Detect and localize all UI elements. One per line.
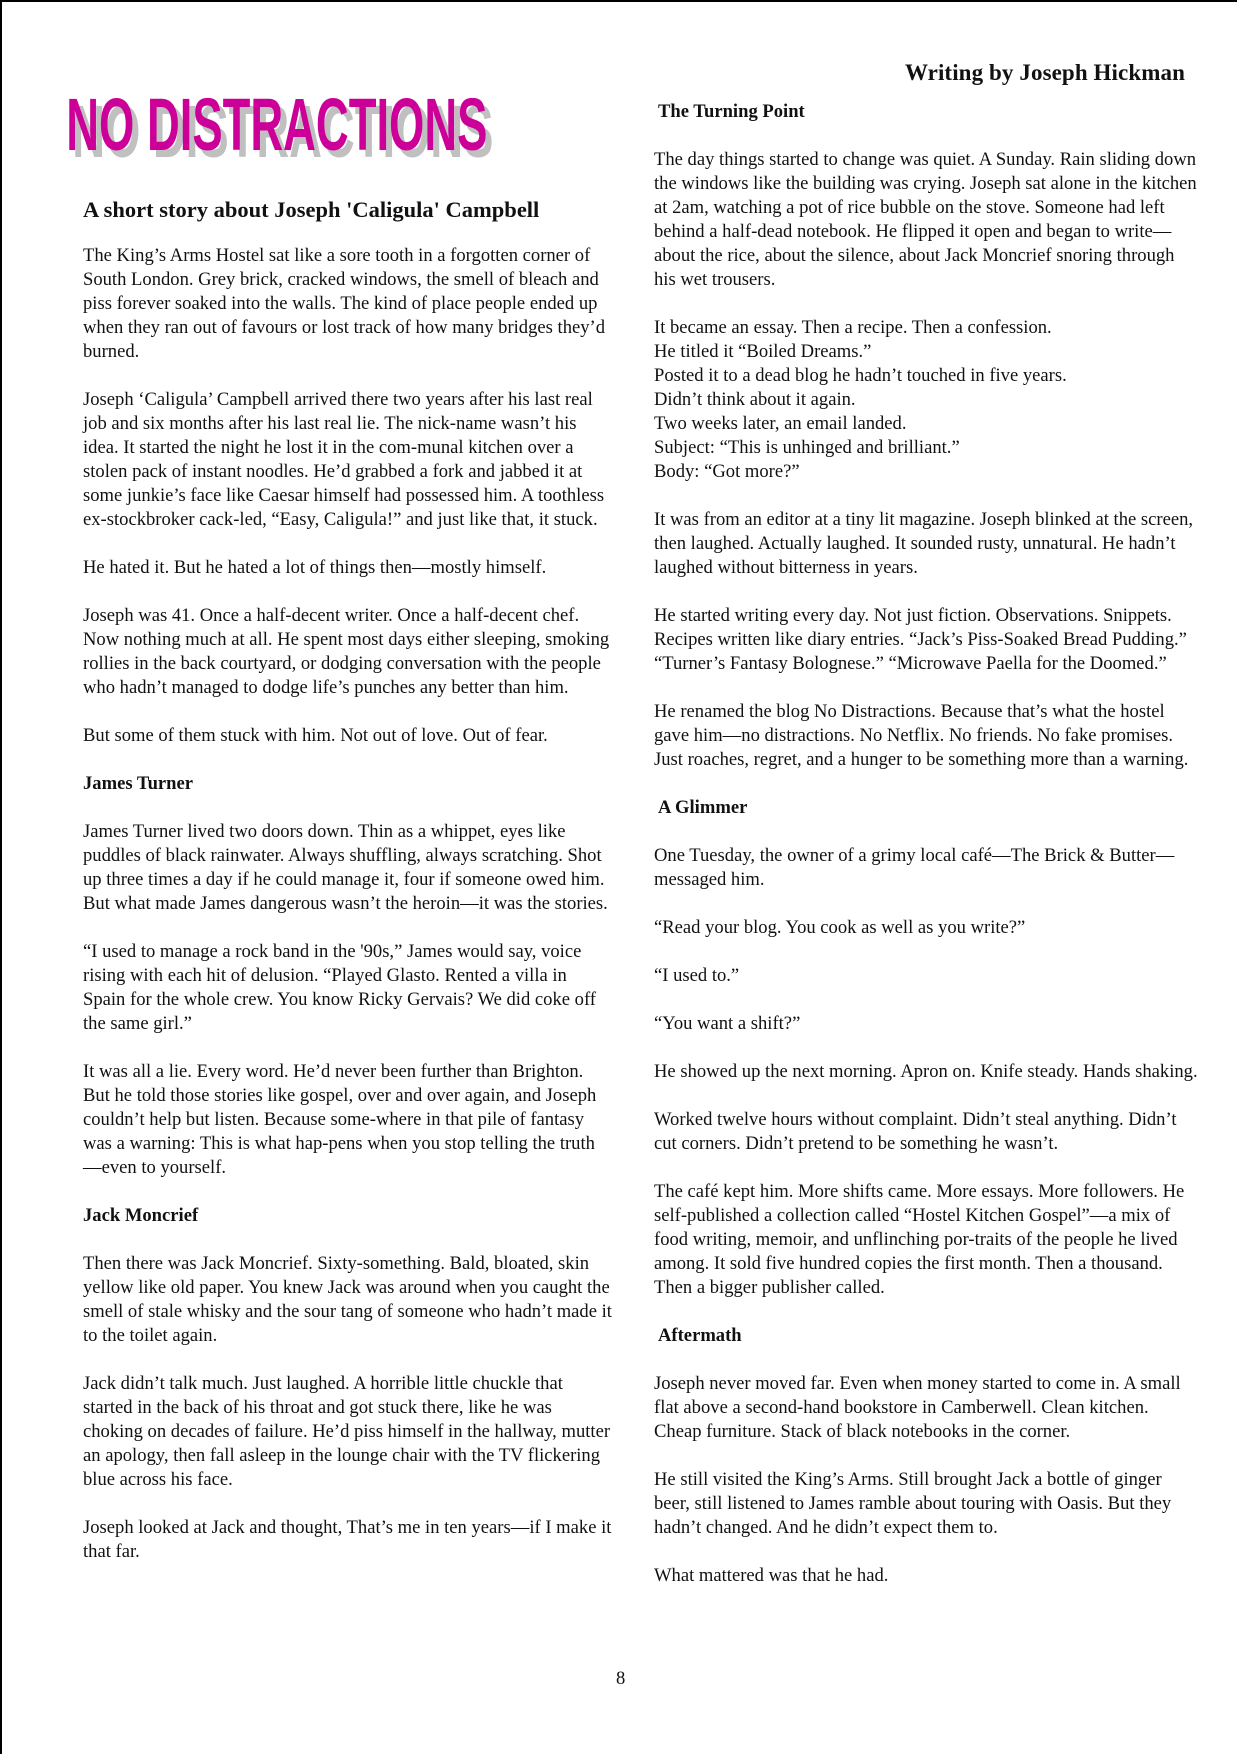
masthead-title: NO DISTRACTIONS NO DISTRACTIONS xyxy=(60,64,630,164)
paragraph: But some of them stuck with him. Not out… xyxy=(83,724,613,748)
section-heading-aftermath: Aftermath xyxy=(654,1324,1199,1348)
line: Two weeks later, an email landed. xyxy=(654,412,1199,436)
paragraph: He still visited the King’s Arms. Still … xyxy=(654,1468,1199,1540)
paragraph: The day things started to change was qui… xyxy=(654,148,1199,292)
paragraph: Jack didn’t talk much. Just laughed. A h… xyxy=(83,1372,613,1492)
paragraph: “You want a shift?” xyxy=(654,1012,1199,1036)
title-text: NO DISTRACTIONS xyxy=(66,84,487,164)
paragraph: He hated it. But he hated a lot of thing… xyxy=(83,556,613,580)
paragraph: Then there was Jack Moncrief. Sixty-some… xyxy=(83,1252,613,1348)
line: It became an essay. Then a recipe. Then … xyxy=(654,316,1199,340)
line: Didn’t think about it again. xyxy=(654,388,1199,412)
paragraph: James Turner lived two doors down. Thin … xyxy=(83,820,613,916)
section-heading-james-turner: James Turner xyxy=(83,772,613,796)
paragraph: The café kept him. More shifts came. Mor… xyxy=(654,1180,1199,1300)
right-column: The Turning Point The day things started… xyxy=(654,100,1199,1612)
paragraph: “I used to manage a rock band in the '90… xyxy=(83,940,613,1036)
line: Body: “Got more?” xyxy=(654,460,1199,484)
wordart-title-graphic: NO DISTRACTIONS NO DISTRACTIONS xyxy=(60,64,630,164)
paragraph: Joseph was 41. Once a half-decent writer… xyxy=(83,604,613,700)
paragraph: He renamed the blog No Distractions. Bec… xyxy=(654,700,1199,772)
paragraph: What mattered was that he had. xyxy=(654,1564,1199,1588)
line: He titled it “Boiled Dreams.” xyxy=(654,340,1199,364)
paragraph: One Tuesday, the owner of a grimy local … xyxy=(654,844,1199,892)
byline: Writing by Joseph Hickman xyxy=(905,60,1185,86)
paragraph: “Read your blog. You cook as well as you… xyxy=(654,916,1199,940)
paragraph: Worked twelve hours without complaint. D… xyxy=(654,1108,1199,1156)
paragraph: Joseph ‘Caligula’ Campbell arrived there… xyxy=(83,388,613,532)
section-heading-jack-moncrief: Jack Moncrief xyxy=(83,1204,613,1228)
page-number: 8 xyxy=(616,1668,625,1690)
paragraph: He started writing every day. Not just f… xyxy=(654,604,1199,676)
line: Posted it to a dead blog he hadn’t touch… xyxy=(654,364,1199,388)
section-heading-a-glimmer: A Glimmer xyxy=(654,796,1199,820)
left-column: A short story about Joseph 'Caligula' Ca… xyxy=(83,196,613,1588)
paragraph: He showed up the next morning. Apron on.… xyxy=(654,1060,1199,1084)
paragraph: Joseph never moved far. Even when money … xyxy=(654,1372,1199,1444)
line: Subject: “This is unhinged and brilliant… xyxy=(654,436,1199,460)
paragraph: It was all a lie. Every word. He’d never… xyxy=(83,1060,613,1180)
paragraph: Joseph looked at Jack and thought, That’… xyxy=(83,1516,613,1564)
paragraph: The King’s Arms Hostel sat like a sore t… xyxy=(83,244,613,364)
story-subtitle: A short story about Joseph 'Caligula' Ca… xyxy=(83,196,613,224)
section-heading-turning-point: The Turning Point xyxy=(654,100,1199,124)
magazine-page: NO DISTRACTIONS NO DISTRACTIONS Writing … xyxy=(0,0,1237,1754)
paragraph: It was from an editor at a tiny lit maga… xyxy=(654,508,1199,580)
short-lines-block: It became an essay. Then a recipe. Then … xyxy=(654,316,1199,484)
paragraph: “I used to.” xyxy=(654,964,1199,988)
